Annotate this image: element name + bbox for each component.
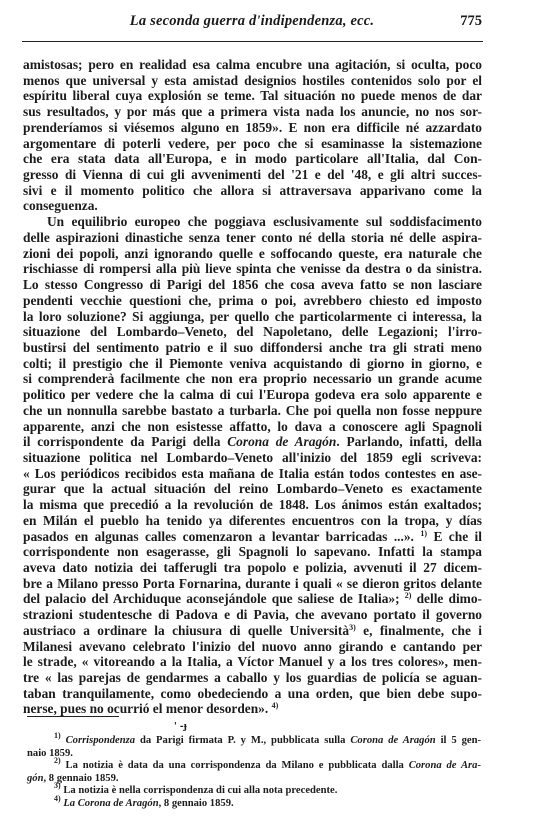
text-line: gresso di Vienna di cui gli avvenimenti … [23, 167, 482, 183]
text-line: austriaco a ordinare la chiusura di quel… [23, 623, 482, 639]
footnote-1-line: 1) Corrispondenza da Parigi firmata P. y… [27, 735, 481, 748]
text-line: bre a Milano presso Porta Fornarina, dur… [23, 576, 482, 592]
text-line: delle aspirazioni dinastiche senza tener… [23, 230, 482, 246]
text-line: che un nonnulla sarebbe bastato a turbar… [23, 403, 482, 419]
text-line: en Milán el pueblo ha tenido ya diferent… [23, 513, 482, 529]
text-line: argomentare di poterli vedere, per poco … [23, 136, 482, 152]
footnote-ref: 3) [349, 623, 356, 632]
text-line: la loro soluzione? Si aggiunga, per quel… [23, 309, 482, 325]
text-line: bustirsi del sentimento patrio e il suo … [23, 340, 482, 356]
footnote-3-line: 3) La notizia è nella corrispondenza di … [27, 785, 481, 798]
text-line: sivi e il momento politico che allora si… [23, 183, 482, 199]
text-line: aveva dato notizia dei tafferugli tra po… [23, 560, 482, 576]
text-line: si comprenderà facilmente che non era pr… [23, 371, 482, 387]
footnote-4-line: 4) La Corona de Aragón, 8 gennaio 1859. [27, 798, 481, 811]
text-line: tre « las parejas de gendarmes a caballo… [23, 670, 482, 686]
book-page: La seconda guerra d'indipendenza, ecc. 7… [0, 0, 550, 829]
text-line: sus resultados, y por más que a primera … [23, 104, 482, 120]
text-line: colti; il prestigio che il Piemonte veni… [23, 356, 482, 372]
footnote-1-line: naio 1859. [27, 748, 481, 761]
footnote-number: 4) [54, 794, 61, 803]
text-line: che era stata data all'Europa, e in modo… [23, 151, 482, 167]
text-line: Lo stesso Congresso di Parigi del 1856 c… [23, 277, 482, 293]
footnote-number: 2) [54, 756, 61, 765]
text-line: pasados en algunas calles comenzaron a l… [23, 529, 482, 545]
text-line: menos que universal y esta amistad desig… [23, 73, 482, 89]
text-line: pendenti vecchie questioni che, prima o … [23, 293, 482, 309]
stray-print-mark: ' -ɟ [174, 722, 187, 732]
footnote-2-line: gón, 8 gennaio 1859. [27, 773, 481, 786]
page-number: 775 [460, 13, 482, 30]
text-line: le strade, « vitoreando a la Italia, a V… [23, 654, 482, 670]
text-line: corrispondente non esagerasse, gli Spagn… [23, 544, 482, 560]
text-line: rischiasse di rompersi alla più lieve sp… [23, 261, 482, 277]
footnote-number: 3) [54, 781, 61, 790]
text-line: situazione del Lombardo–Veneto, del Napo… [23, 324, 482, 340]
footnote-2-line: 2) La notizia è data da una corrisponden… [27, 760, 481, 773]
footnotes: 1) Corrispondenza da Parigi firmata P. y… [27, 735, 481, 811]
running-title: La seconda guerra d'indipendenza, ecc. [22, 13, 482, 30]
text-line: espíritu liberal cuya explosión se teme.… [23, 88, 482, 104]
text-line: politico per vedere che la calma di cui … [23, 387, 482, 403]
text-line: strazioni studentesche di Padova e di Pa… [23, 607, 482, 623]
text-line: situazione politica nel Lombardo–Veneto … [23, 450, 482, 466]
text-line: nerse, pues no ocurrió el menor desorden… [23, 701, 482, 717]
text-line: il corrispondente da Parigi della Corona… [23, 434, 482, 450]
header-rule [22, 41, 483, 42]
text-line: zioni dei popoli, anzi ignorando quelle … [23, 246, 482, 262]
text-line: gurar que la actual situación del reino … [23, 481, 482, 497]
running-head: La seconda guerra d'indipendenza, ecc. 7… [22, 13, 482, 35]
text-line: amistosas; pero en realidad esa calma en… [23, 57, 482, 73]
footnote-ref: 4) [272, 701, 279, 710]
text-line: apparente, anzi che non esistesse affatt… [23, 419, 482, 435]
footnote-number: 1) [54, 731, 61, 740]
text-line: taban tranquilamente, como obedeciendo a… [23, 686, 482, 702]
text-line: Milanesi avevano celebrato l'inizio del … [23, 639, 482, 655]
text-line: la misma que precedió a la revolución de… [23, 497, 482, 513]
text-line: prenderíamos si viésemos alguno en 1859»… [23, 120, 482, 136]
text-line: del palacio del Archiduque aconsejándole… [23, 591, 482, 607]
footnote-rule [27, 716, 119, 717]
text-line: « Los periódicos recibidos esta mañana d… [23, 466, 482, 482]
footnote-ref: 1) [420, 529, 427, 538]
body-text: amistosas; pero en realidad esa calma en… [23, 57, 482, 717]
text-line: conseguenza. [23, 198, 482, 214]
text-line: Un equilibrio europeo che poggiava esclu… [23, 214, 482, 230]
footnote-ref: 2) [405, 591, 412, 600]
